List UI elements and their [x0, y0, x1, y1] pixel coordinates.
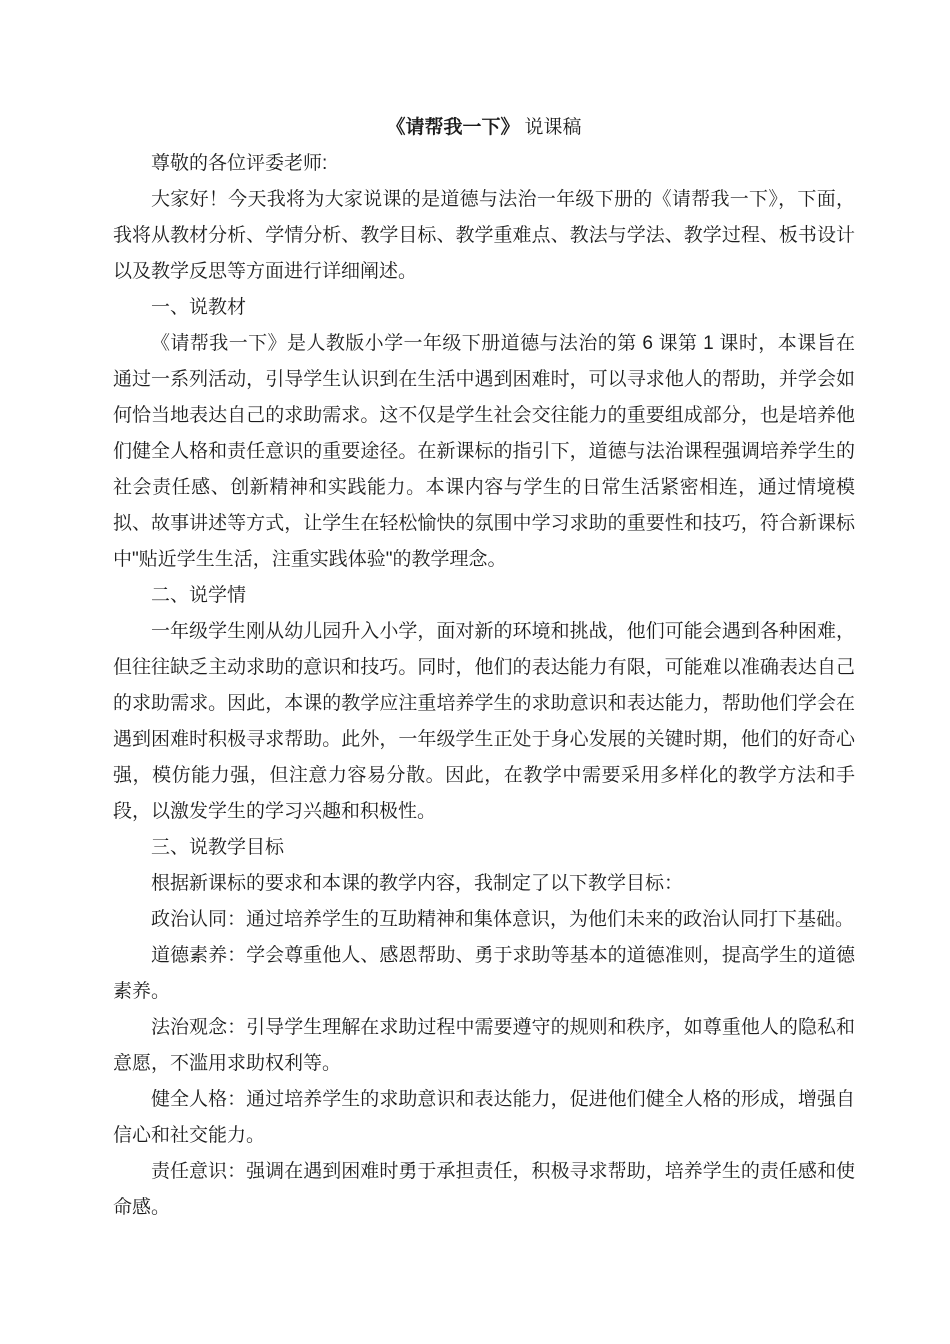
- section-heading-teaching-material: 一、说教材: [113, 290, 855, 326]
- greeting-line: 尊敬的各位评委老师:: [113, 146, 855, 182]
- document-page: 《请帮我一下》说课稿 尊敬的各位评委老师: 大家好！今天我将为大家说课的是道德与…: [0, 0, 950, 1344]
- document-title-book-name: 《请帮我一下》: [386, 117, 519, 138]
- document-title: 《请帮我一下》说课稿: [113, 110, 855, 146]
- document-content: 《请帮我一下》说课稿 尊敬的各位评委老师: 大家好！今天我将为大家说课的是道德与…: [113, 110, 855, 1226]
- paragraph-objectives-intro: 根据新课标的要求和本课的教学内容，我制定了以下教学目标：: [113, 866, 855, 902]
- objective-political-identity: 政治认同：通过培养学生的互助精神和集体意识，为他们未来的政治认同打下基础。: [113, 902, 855, 938]
- paragraph-learning-situation: 一年级学生刚从幼儿园升入小学，面对新的环境和挑战，他们可能会遇到各种困难，但往往…: [113, 614, 855, 830]
- objective-responsibility: 责任意识：强调在遇到困难时勇于承担责任，积极寻求帮助，培养学生的责任感和使命感。: [113, 1154, 855, 1226]
- paragraph-teaching-material: 《请帮我一下》是人教版小学一年级下册道德与法治的第 6 课第 1 课时，本课旨在…: [113, 326, 855, 578]
- section-heading-teaching-objectives: 三、说教学目标: [113, 830, 855, 866]
- section-heading-learning-situation: 二、说学情: [113, 578, 855, 614]
- document-title-suffix: 说课稿: [525, 117, 582, 138]
- intro-paragraph: 大家好！今天我将为大家说课的是道德与法治一年级下册的《请帮我一下》，下面，我将从…: [113, 182, 855, 290]
- objective-sound-personality: 健全人格：通过培养学生的求助意识和表达能力，促进他们健全人格的形成，增强自信心和…: [113, 1082, 855, 1154]
- objective-moral-literacy: 道德素养：学会尊重他人、感恩帮助、勇于求助等基本的道德准则，提高学生的道德素养。: [113, 938, 855, 1010]
- objective-rule-of-law: 法治观念：引导学生理解在求助过程中需要遵守的规则和秩序，如尊重他人的隐私和意愿，…: [113, 1010, 855, 1082]
